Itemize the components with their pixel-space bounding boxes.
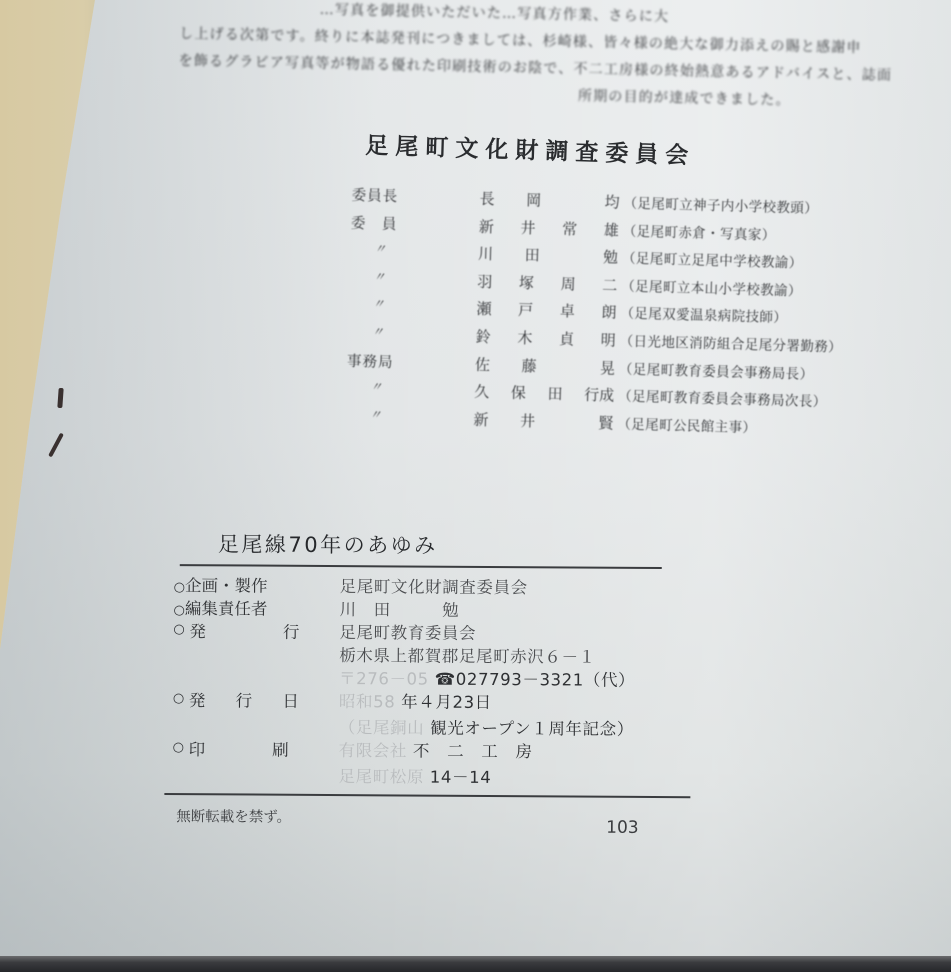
colophon-row: 栃木県上都賀郡足尾町赤沢６－１ — [173, 641, 695, 667]
circle-bullet-icon: ○ — [174, 580, 185, 595]
colophon-value-text: 栃木県上都賀郡足尾町赤沢６－１ — [339, 646, 596, 667]
member-name-char: 新 — [473, 408, 489, 429]
divider-rule — [180, 564, 662, 569]
faded-print-text: 足尾町松原 — [338, 767, 424, 787]
colophon-label-char: 発 — [189, 687, 206, 711]
colophon-value: 足尾町文化財調査委員会 — [340, 573, 528, 598]
colophon-label-char: 行 — [283, 619, 300, 643]
member-name-char: 羽 — [477, 270, 493, 291]
colophon-label: ○印刷 — [173, 736, 303, 756]
member-role: 事務局 — [347, 349, 428, 372]
colophon-label: ○発行 — [173, 618, 303, 638]
colophon-row: ○発行日昭和58 年４月23日 — [173, 687, 695, 716]
member-role: 〃 — [369, 405, 449, 424]
member-name: 新井賢 — [473, 408, 614, 433]
colophon-row: （足尾銅山 観光オープン１周年記念） — [173, 713, 695, 739]
member-role: 〃 — [372, 323, 452, 342]
member-name: 羽塚周二 — [477, 270, 618, 295]
colophon-value-text: 14－14 — [430, 768, 492, 787]
member-affiliation: （足尾町赤倉・写真家） — [623, 219, 776, 243]
member-name-char: 塚 — [519, 271, 535, 292]
page-bottom-edge — [0, 956, 951, 972]
member-name: 長岡均 — [479, 188, 620, 213]
member-name: 佐藤晃 — [475, 353, 616, 378]
colophon-row: ○編集責任者川 田 勉 — [173, 595, 695, 621]
colophon-value-text: 年４月23日 — [401, 692, 492, 712]
member-name-char: 均 — [604, 191, 620, 212]
member-name: 川田勉 — [478, 243, 619, 268]
member-name-char — [568, 356, 569, 377]
colophon-value-text: 観光オープン１周年記念） — [430, 719, 634, 739]
colophon-label: ○発行日 — [173, 687, 303, 707]
colophon-value: 昭和58 年４月23日 — [339, 688, 492, 713]
member-name-char: 常 — [562, 217, 578, 238]
member-affiliation: （足尾町立足尾中学校教諭） — [622, 247, 803, 272]
circle-bullet-icon: ○ — [173, 740, 184, 755]
member-name-char: 瀬 — [476, 298, 492, 319]
member-name-char: 木 — [517, 327, 533, 348]
faded-print-text: 昭和58 — [339, 692, 396, 711]
member-name-char: 川 — [478, 243, 494, 264]
divider-rule — [164, 793, 690, 798]
member-name-char: 周 — [560, 273, 576, 294]
member-name-char: 新 — [479, 215, 495, 236]
colophon-value: 足尾町教育委員会 — [339, 619, 476, 644]
colophon-label — [173, 664, 303, 665]
member-name-char: 二 — [602, 274, 618, 295]
member-role: 委 員 — [351, 212, 432, 235]
member-name-char: 井 — [520, 216, 536, 237]
colophon-value: 〒276－05 ☎027793－3321（代） — [339, 665, 635, 691]
colophon-label — [173, 641, 303, 642]
colophon-row: 足尾町松原 14－14 — [172, 762, 694, 788]
colophon-label: ○企画・製作 — [174, 572, 304, 597]
colophon-label — [173, 762, 303, 763]
colophon-value: 有限会社 不 二 工 房 — [339, 737, 533, 762]
member-name-char: 長 — [479, 188, 495, 209]
member-name-char — [571, 245, 572, 266]
member-name-char: 岡 — [526, 189, 542, 210]
colophon-footer: 無断転載を禁ず。 103 — [164, 805, 694, 848]
committee-members-list: 委員長長岡均（足尾町立神子内小学校教頭）委 員新井常雄（足尾町赤倉・写真家）〃川… — [345, 184, 912, 448]
member-role: 〃 — [370, 378, 450, 397]
colophon-value: 栃木県上都賀郡足尾町赤沢６－１ — [339, 642, 596, 668]
colophon-value-text: 川 田 勉 — [339, 600, 459, 620]
member-name-char: 貞 — [559, 328, 575, 349]
member-name: 新井常雄 — [479, 215, 620, 240]
colophon: 足尾線70年のあゆみ ○企画・製作足尾町文化財調査委員会○編集責任者川 田 勉○… — [164, 528, 696, 848]
colophon-value: 川 田 勉 — [339, 596, 459, 621]
member-affiliation: （足尾町立本山小学校教諭） — [621, 274, 802, 299]
colophon-label-char: 日 — [282, 688, 299, 712]
member-name: 鈴木貞明 — [476, 325, 617, 350]
no-reprint-notice: 無断転載を禁ず。 — [176, 805, 291, 827]
circle-bullet-icon: ○ — [173, 691, 184, 706]
colophon-row: ○企画・製作足尾町文化財調査委員会 — [174, 572, 696, 598]
member-role: 〃 — [374, 240, 454, 259]
colophon-label-text: 編集責任者 — [185, 599, 268, 619]
colophon-value-text: 足尾町教育委員会 — [339, 623, 476, 643]
colophon-label-char: 印 — [189, 736, 206, 760]
member-name-char: 明 — [600, 329, 616, 350]
colophon-label-char: 行 — [236, 687, 253, 711]
colophon-label-text: 企画・製作 — [185, 576, 268, 596]
colophon-label — [173, 713, 303, 714]
member-affiliation: （足尾町立神子内小学校教頭） — [623, 192, 818, 217]
member-name-char: 久 — [474, 381, 490, 402]
member-name-char: 鈴 — [476, 325, 492, 346]
member-name: 久保田行成 — [474, 381, 615, 406]
circle-bullet-icon: ○ — [173, 622, 184, 637]
member-role: 〃 — [373, 267, 453, 286]
member-name-char: 井 — [520, 410, 536, 431]
colophon-label-char: 発 — [189, 618, 206, 642]
member-name-char: 田 — [524, 244, 540, 265]
member-name-char: 朗 — [601, 301, 617, 322]
colophon-value: （足尾銅山 観光オープン１周年記念） — [339, 714, 634, 740]
member-affiliation: （足尾町教育委員会事務局長） — [619, 357, 814, 382]
member-name-char: 戸 — [518, 299, 534, 320]
intro-paragraph: …写真を御提供いただいた…写真方作業、さらに大 し上げる次第です。終りに本誌発刊… — [178, 0, 950, 118]
colophon-value-text: 足尾町文化財調査委員会 — [340, 577, 528, 597]
member-name-char: 藤 — [521, 354, 537, 375]
colophon-label: ○編集責任者 — [173, 595, 303, 620]
page-number: 103 — [606, 818, 639, 838]
member-name-char: 賢 — [598, 412, 614, 433]
colophon-row: 〒276－05 ☎027793－3321（代） — [173, 664, 695, 690]
member-affiliation: （足尾町公民館主事） — [617, 412, 757, 436]
colophon-row: ○発行足尾町教育委員会 — [173, 618, 695, 644]
colophon-value-text: ☎027793－3321（代） — [435, 670, 636, 690]
member-name-char: 佐 — [475, 353, 491, 374]
member-name-char: 保 — [511, 382, 527, 403]
member-name-char: 卓 — [560, 300, 576, 321]
colophon-row: ○印刷有限会社 不 二 工 房 — [173, 736, 695, 765]
member-name-char: 勉 — [603, 246, 619, 267]
member-name-char: 田 — [547, 383, 563, 404]
member-role: 〃 — [372, 295, 452, 314]
member-name-char — [573, 190, 574, 211]
faded-print-text: 有限会社 — [339, 741, 408, 760]
colophon-value: 足尾町松原 14－14 — [338, 763, 491, 788]
colophon-rows: ○企画・製作足尾町文化財調査委員会○編集責任者川 田 勉○発行足尾町教育委員会栃… — [172, 572, 695, 788]
member-name-char: 行成 — [584, 384, 615, 406]
member-role: 委員長 — [351, 184, 432, 207]
faded-print-text: （足尾銅山 — [339, 718, 425, 738]
colophon-value-text: 不 二 工 房 — [413, 742, 533, 762]
member-name-char: 雄 — [604, 219, 620, 240]
faded-print-text: 〒276－05 — [339, 669, 429, 689]
book-title: 足尾線70年のあゆみ — [218, 528, 696, 565]
member-name: 瀬戸卓朗 — [476, 298, 617, 323]
circle-bullet-icon: ○ — [173, 603, 184, 618]
colophon-label-char: 刷 — [272, 737, 289, 761]
member-affiliation: （足尾双愛温泉病院技師） — [620, 302, 787, 327]
member-name-char: 晃 — [600, 357, 616, 378]
member-name-char — [566, 411, 567, 432]
